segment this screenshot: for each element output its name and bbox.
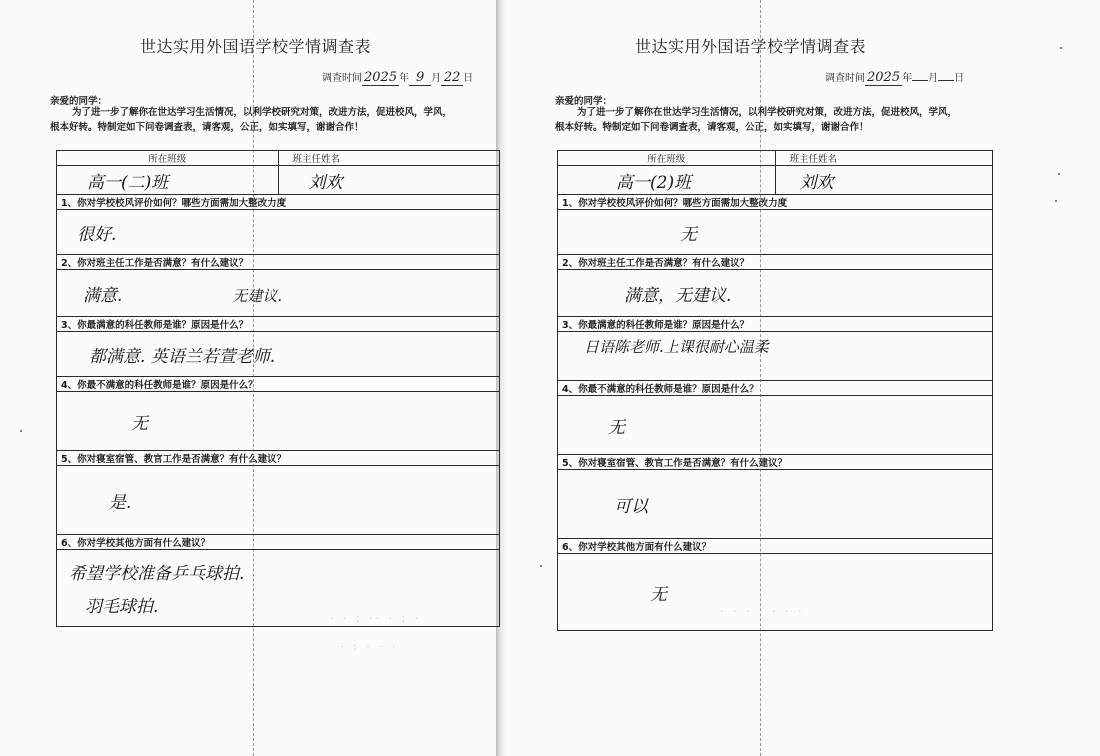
answer-3-text: 日语陈老师.上课很耐心温柔 [584, 338, 769, 356]
answer-2: 满意.无建议. [57, 270, 500, 317]
answer-row: 无 [57, 392, 500, 451]
header-class: 所在班级 [57, 151, 279, 166]
answer-6: 无 [558, 554, 993, 631]
class-row: 高一(二)班 刘欢 [57, 166, 500, 195]
question-6: 6、你对学校其他方面有什么建议？ [57, 535, 500, 550]
class-row: 高一(2)班 刘欢 [558, 166, 993, 195]
question-row: 3、你最满意的科任教师是谁？原因是什么？ [57, 317, 500, 332]
answer-row: 希望学校准备乒乓球拍. 羽毛球拍. [57, 550, 500, 627]
answer-5-text: 可以 [614, 497, 648, 517]
header-row: 所在班级 班主任姓名 [57, 151, 500, 166]
intro-text: 为了进一步了解你在世达学习生活情况，以利学校研究对策，改进方法，促进校风，学风，… [50, 105, 460, 135]
form-title: 世达实用外国语学校学情调查表 [635, 34, 866, 57]
question-row: 5、你对寝室宿管、教官工作是否满意？有什么建议？ [558, 455, 993, 470]
survey-date: 调查时间2025年9月22日 [322, 69, 473, 86]
question-row: 4、你最不满意的科任教师是谁？原因是什么？ [57, 377, 500, 392]
question-5: 5、你对寝室宿管、教官工作是否满意？有什么建议？ [57, 451, 500, 466]
month-suffix: 月 [431, 73, 441, 84]
fold-line [760, 0, 761, 756]
question-3: 3、你最满意的科任教师是谁？原因是什么？ [558, 317, 993, 332]
answer-5-text: 是. [109, 493, 131, 513]
answer-row: 很好. [57, 210, 500, 255]
answer-6: 希望学校准备乒乓球拍. 羽毛球拍. [57, 550, 500, 627]
answer-row: 无 [558, 396, 993, 455]
answer-row: 都满意. 英语兰若萱老师. [57, 332, 500, 377]
question-row: 2、你对班主任工作是否满意？有什么建议？ [558, 255, 993, 270]
question-row: 5、你对寝室宿管、教官工作是否满意？有什么建议？ [57, 451, 500, 466]
date-month: 9 [409, 70, 431, 86]
question-6: 6、你对学校其他方面有什么建议？ [558, 539, 993, 554]
day-suffix: 日 [954, 73, 964, 84]
class-cell: 高一(2)班 [558, 166, 776, 195]
answer-2-suggestion: 无建议. [232, 287, 282, 305]
answer-3-text: 都满意. 英语兰若萱老师. [89, 347, 275, 367]
survey-table: 所在班级 班主任姓名 高一(2)班 刘欢 1、你对学校校风评价如何？哪些方面需加… [557, 150, 993, 631]
question-4: 4、你最不满意的科任教师是谁？原因是什么？ [558, 381, 993, 396]
question-row: 6、你对学校其他方面有什么建议？ [57, 535, 500, 550]
question-row: 3、你最满意的科任教师是谁？原因是什么？ [558, 317, 993, 332]
date-month-blank [912, 70, 928, 81]
survey-table: 所在班级 班主任姓名 高一(二)班 刘欢 1、你对学校校风评价如何？哪些方面需加… [56, 150, 500, 627]
answer-6-text: 无 [650, 585, 667, 605]
question-1: 1、你对学校校风评价如何？哪些方面需加大整改力度 [57, 195, 500, 210]
answer-3: 都满意. 英语兰若萱老师. [57, 332, 500, 377]
answer-4: 无 [558, 396, 993, 455]
date-label: 调查时间 [322, 73, 362, 84]
show-through-text: · · ; ·· · ; · [330, 612, 421, 625]
date-day-blank [938, 70, 954, 81]
answer-row: 可以 [558, 470, 993, 539]
teacher-cell: 刘欢 [775, 166, 993, 195]
question-1: 1、你对学校校风评价如何？哪些方面需加大整改力度 [558, 195, 993, 210]
fold-line [253, 0, 254, 756]
question-2: 2、你对班主任工作是否满意？有什么建议？ [558, 255, 993, 270]
answer-1-text: 很好. [77, 225, 116, 245]
answer-row: 无 [558, 554, 993, 631]
answer-2-text: 满意. [83, 286, 122, 306]
question-row: 4、你最不满意的科任教师是谁？原因是什么？ [558, 381, 993, 396]
show-through-text: · : · · · [340, 640, 399, 653]
month-suffix: 月 [928, 73, 938, 84]
answer-1: 无 [558, 210, 993, 255]
teacher-value: 刘欢 [800, 173, 834, 193]
date-day: 22 [441, 70, 463, 86]
year-suffix: 年 [399, 73, 409, 84]
answer-row: 满意.无建议. [57, 270, 500, 317]
answer-3: 日语陈老师.上课很耐心温柔 [558, 332, 993, 381]
scan-speck [20, 430, 22, 432]
answer-4-text: 无 [608, 418, 625, 438]
question-row: 1、你对学校校风评价如何？哪些方面需加大整改力度 [558, 195, 993, 210]
year-suffix: 年 [902, 73, 912, 84]
question-row: 6、你对学校其他方面有什么建议？ [558, 539, 993, 554]
answer-2-text: 满意，无建议. [624, 286, 731, 306]
question-row: 2、你对班主任工作是否满意？有什么建议？ [57, 255, 500, 270]
answer-2: 满意，无建议. [558, 270, 993, 317]
answer-4-text: 无 [131, 414, 148, 434]
header-teacher: 班主任姓名 [775, 151, 993, 166]
answer-row: 满意，无建议. [558, 270, 993, 317]
scan-speck [1060, 47, 1062, 49]
day-suffix: 日 [463, 73, 473, 84]
date-label: 调查时间 [825, 73, 865, 84]
answer-row: 是. [57, 466, 500, 535]
teacher-cell: 刘欢 [278, 166, 500, 195]
answer-4: 无 [57, 392, 500, 451]
answer-6-line-1: 希望学校准备乒乓球拍. [69, 559, 495, 584]
date-year: 2025 [865, 70, 902, 86]
answer-row: 日语陈老师.上课很耐心温柔 [558, 332, 993, 381]
question-5: 5、你对寝室宿管、教官工作是否满意？有什么建议？ [558, 455, 993, 470]
show-through-text: · · · · · · · [720, 605, 804, 618]
teacher-value: 刘欢 [309, 173, 343, 193]
question-2: 2、你对班主任工作是否满意？有什么建议？ [57, 255, 500, 270]
form-title: 世达实用外国语学校学情调查表 [140, 34, 371, 57]
question-row: 1、你对学校校风评价如何？哪些方面需加大整改力度 [57, 195, 500, 210]
header-class: 所在班级 [558, 151, 776, 166]
question-4: 4、你最不满意的科任教师是谁？原因是什么？ [57, 377, 500, 392]
answer-5: 可以 [558, 470, 993, 539]
answer-1-text: 无 [680, 225, 697, 245]
date-year: 2025 [362, 70, 399, 86]
class-cell: 高一(二)班 [57, 166, 279, 195]
answer-5: 是. [57, 466, 500, 535]
answer-row: 无 [558, 210, 993, 255]
class-value: 高一(2)班 [616, 173, 691, 193]
header-row: 所在班级 班主任姓名 [558, 151, 993, 166]
answer-6-line-2: 羽毛球拍. [85, 592, 495, 617]
class-value: 高一(二)班 [87, 173, 168, 193]
survey-date: 调查时间2025年月日 [825, 69, 964, 86]
scan-speck [540, 565, 542, 567]
answer-1: 很好. [57, 210, 500, 255]
scan-speck [1058, 173, 1060, 175]
question-3: 3、你最满意的科任教师是谁？原因是什么？ [57, 317, 500, 332]
header-teacher: 班主任姓名 [278, 151, 500, 166]
scan-speck [1055, 200, 1057, 202]
